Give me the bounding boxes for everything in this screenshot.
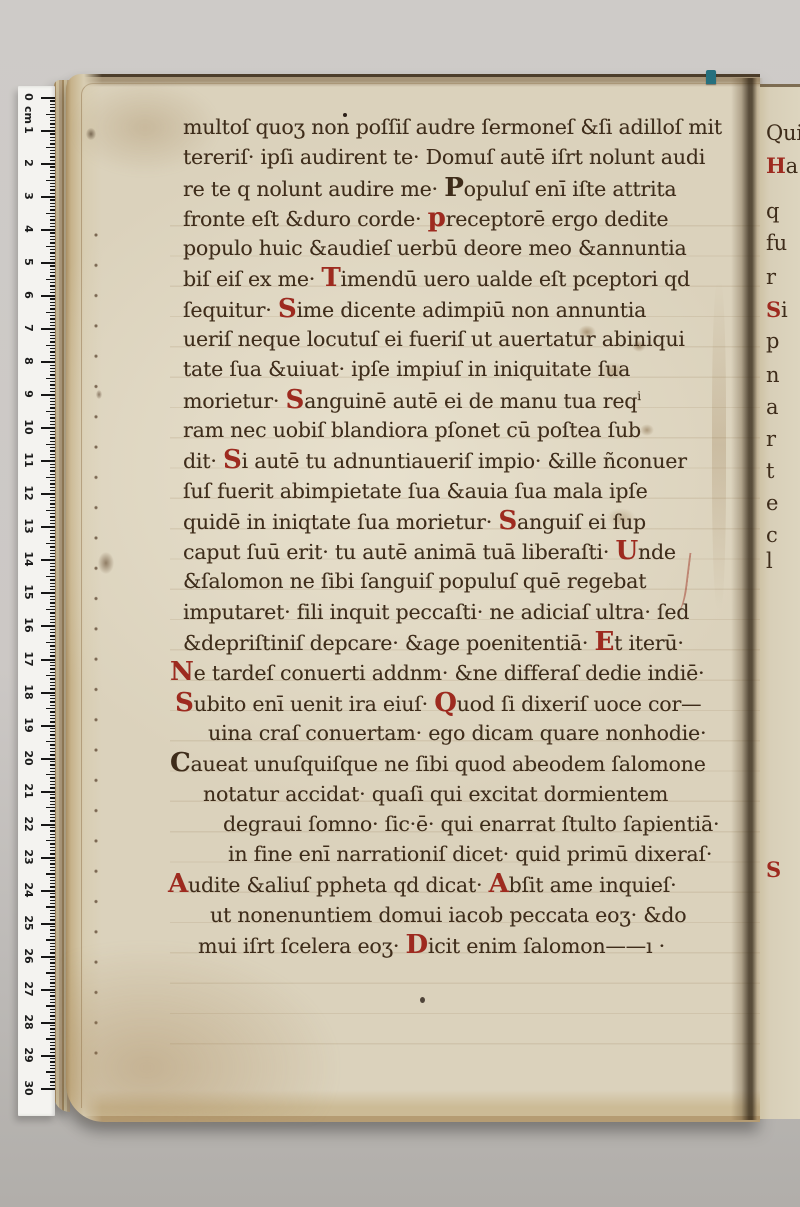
rubric-initial: D xyxy=(406,930,428,960)
ruler-tick xyxy=(46,873,55,874)
ruler-tick xyxy=(50,801,56,802)
ruler-label: 8 xyxy=(21,353,37,369)
ruler-tick xyxy=(50,530,56,531)
ruler-tick xyxy=(50,794,56,795)
ruler-tick xyxy=(50,622,56,623)
ruler-tick xyxy=(50,784,56,785)
ruler-tick xyxy=(50,434,56,435)
ruler-tick xyxy=(50,358,56,359)
ruler-tick xyxy=(41,295,55,297)
ruler-label: 21 xyxy=(21,783,37,799)
manuscript-line: re te q nolunt audire me· Populuſ enī iſ… xyxy=(183,173,749,203)
ruler-tick xyxy=(50,282,56,283)
ruler-tick xyxy=(50,1081,56,1082)
ruler-tick xyxy=(50,804,56,805)
ruler-tick xyxy=(41,460,55,462)
ruler-tick xyxy=(50,546,56,547)
ruler-tick xyxy=(50,391,56,392)
ruler-tick xyxy=(50,407,56,408)
manuscript-line: degraui ſomno· ſic·ē· qui enarrat ſtulto… xyxy=(223,809,749,839)
rubric-initial: T xyxy=(321,263,340,293)
text-segment: notatur accidat· quaſi qui excitat dormi… xyxy=(203,782,668,806)
manuscript-line: morietur· Sanguinē autē ei de manu tua r… xyxy=(183,385,749,415)
bookmark-tab xyxy=(706,70,716,84)
ruler-tick xyxy=(50,1042,56,1043)
ruler-tick xyxy=(46,1038,55,1039)
ruler-tick xyxy=(50,388,56,389)
ruler-tick xyxy=(50,959,56,960)
manuscript-line: ut nonenuntiem domui iacob peccata eoʒ· … xyxy=(210,900,749,930)
ruler-tick xyxy=(50,777,56,778)
ruler-tick xyxy=(41,890,55,892)
ruler-tick xyxy=(41,758,55,760)
ruler-tick xyxy=(50,995,56,996)
ruler-tick xyxy=(50,566,56,567)
ruler-tick xyxy=(50,302,56,303)
text-segment: ut nonenuntiem domui iacob peccata eoʒ· … xyxy=(210,903,686,927)
ruler-tick xyxy=(41,1055,55,1057)
ruler-tick xyxy=(46,840,55,841)
ruler-tick xyxy=(50,153,56,154)
ruler-tick xyxy=(50,275,56,276)
text-segment: e xyxy=(766,491,778,515)
ruler-tick xyxy=(41,659,55,661)
ruler-tick xyxy=(50,166,56,167)
ruler-tick xyxy=(46,246,55,247)
ruler-tick xyxy=(50,322,56,323)
ruler-tick xyxy=(46,147,55,148)
ruler-tick xyxy=(50,903,56,904)
ruler-tick xyxy=(50,678,56,679)
ruler-tick xyxy=(50,335,56,336)
ruler-tick xyxy=(50,236,56,237)
ruler-tick xyxy=(41,130,55,132)
ruler-tick xyxy=(50,404,56,405)
ruler-tick xyxy=(41,625,55,627)
ruler-tick xyxy=(50,933,56,934)
ruler-tick xyxy=(50,834,56,835)
manuscript-line: &ſalomon ne ſibi ſanguiſ populuſ quē reg… xyxy=(183,566,749,596)
ruler-tick xyxy=(50,503,56,504)
ruler-tick xyxy=(41,328,55,330)
text-segment: r xyxy=(766,265,776,289)
ruler-tick xyxy=(46,114,55,115)
ruler-label: 27 xyxy=(21,981,37,997)
ruler-tick xyxy=(50,156,56,157)
ruler-tick xyxy=(50,292,56,293)
rubric-initial: S xyxy=(175,688,194,718)
text-segment: a xyxy=(766,395,778,419)
ruler-tick xyxy=(50,170,56,171)
ruler-tick xyxy=(50,787,56,788)
ruler-tick xyxy=(50,629,56,630)
ruler-tick xyxy=(41,196,55,198)
ruler-tick xyxy=(41,1088,55,1090)
ruler-tick xyxy=(46,180,55,181)
ruler-tick xyxy=(46,510,55,511)
ruler-tick xyxy=(50,421,56,422)
ruler-tick xyxy=(50,384,56,385)
rubric-initial: S xyxy=(766,857,781,882)
ruler-tick xyxy=(50,606,56,607)
text-segment: anguiſ ei ſup xyxy=(517,510,646,534)
manuscript-line: Ne tardeſ conuerti addnm· &ne differaſ d… xyxy=(170,657,749,687)
text-segment: n xyxy=(766,363,779,387)
ruler-label: 13 xyxy=(21,518,37,534)
ruler-tick xyxy=(50,728,56,729)
text-segment: &ſalomon ne ſibi ſanguiſ populuſ quē reg… xyxy=(183,569,646,593)
ruler-tick xyxy=(50,398,56,399)
ruler-tick xyxy=(50,381,56,382)
ruler-tick xyxy=(50,269,56,270)
rubric-initial: S xyxy=(766,297,781,322)
ruler-tick xyxy=(50,711,56,712)
ruler-tick xyxy=(46,675,55,676)
ruler-tick xyxy=(50,127,56,128)
ruler-tick xyxy=(50,252,56,253)
ruler-tick xyxy=(41,824,55,826)
ruler-tick xyxy=(41,262,55,264)
ruler-tick xyxy=(50,797,56,798)
text-segment: bſit ame inquieſ· xyxy=(509,873,677,897)
facing-page: QuiHaqfurSipnarteclS xyxy=(760,84,800,1119)
ruler-tick xyxy=(50,239,56,240)
ruler-tick xyxy=(50,649,56,650)
ruler-tick xyxy=(50,1075,56,1076)
ruler: 0cm1234567891011121314151617181920212223… xyxy=(18,86,55,1116)
ruler-label: 16 xyxy=(21,617,37,633)
ruler-tick xyxy=(50,401,56,402)
ruler-tick xyxy=(50,830,56,831)
ruler-tick xyxy=(50,371,56,372)
ruler-tick xyxy=(50,949,56,950)
ruler-tick xyxy=(50,847,56,848)
ruler-tick xyxy=(50,738,56,739)
ruler-tick xyxy=(50,417,56,418)
ruler-tick xyxy=(50,1085,56,1086)
ruler-tick xyxy=(50,900,56,901)
rubric-initial: S xyxy=(223,445,242,475)
ruler-tick xyxy=(50,929,56,930)
ruler-tick xyxy=(50,298,56,299)
ruler-tick xyxy=(50,962,56,963)
ruler-tick xyxy=(41,526,55,528)
ruler-label: 15 xyxy=(21,584,37,600)
ruler-tick xyxy=(50,586,56,587)
ruler-label: 12 xyxy=(21,485,37,501)
ruler-tick xyxy=(50,470,56,471)
ruler-label: 20 xyxy=(21,750,37,766)
ruler-tick xyxy=(50,117,56,118)
ruler-tick xyxy=(41,857,55,859)
photo-background: multoſ quoʒ non poſſiſ audre ſermoneſ &ſ… xyxy=(0,0,800,1207)
ruler-tick xyxy=(50,536,56,537)
ruler-tick xyxy=(50,810,56,811)
ruler-label: 18 xyxy=(21,684,37,700)
manuscript-line: tereriſ· ipſi audirent te· Domuſ autē iſ… xyxy=(183,142,749,172)
ruler-tick xyxy=(50,232,56,233)
ruler-tick xyxy=(50,867,56,868)
text-segment: i autē tu adnuntiaueriſ impio· &ille ñco… xyxy=(242,449,687,473)
ruler-tick xyxy=(50,193,56,194)
ruler-tick xyxy=(50,734,56,735)
ruler-tick xyxy=(50,365,56,366)
manuscript-line: Subito enī uenit ira eiuſ· Quod ſi dixer… xyxy=(175,688,749,718)
text-segment: anguinē autē ei de manu tua req xyxy=(304,389,637,413)
text-segment: aueat unuſquiſque ne ſibi quod abeodem ſ… xyxy=(191,752,706,776)
ruler-label: 19 xyxy=(21,717,37,733)
ruler-tick xyxy=(41,956,55,958)
ruler-tick xyxy=(50,209,56,210)
ruler-tick xyxy=(50,910,56,911)
ruler-label: 28 xyxy=(21,1014,37,1030)
ruler-tick xyxy=(50,672,56,673)
ruler-tick xyxy=(50,688,56,689)
ruler-tick xyxy=(50,206,56,207)
ruler-tick xyxy=(50,602,56,603)
rubric-initial: E xyxy=(595,627,615,657)
ruler-tick xyxy=(50,318,56,319)
text-segment: in fine enī narrationiſ dicet· quid prim… xyxy=(228,842,712,866)
ruler-tick xyxy=(50,355,56,356)
ruler-tick xyxy=(50,1065,56,1066)
text-segment: q xyxy=(766,199,779,223)
manuscript-line: tate ſua &uiuat· ipſe impiuſ in iniquita… xyxy=(183,354,749,384)
rubric-initial: C xyxy=(170,748,191,778)
ruler-tick xyxy=(50,348,56,349)
ruler-label: 23 xyxy=(21,849,37,865)
text-segment: re te q nolunt audire me· xyxy=(183,177,444,201)
text-segment: e tardeſ conuerti addnm· &ne differaſ de… xyxy=(194,661,705,685)
ruler-tick xyxy=(50,176,56,177)
ruler-tick xyxy=(50,523,56,524)
ruler-tick xyxy=(50,579,56,580)
ruler-tick xyxy=(50,877,56,878)
ruler-tick xyxy=(41,361,55,363)
ruler-tick xyxy=(46,906,55,907)
ruler-label: 10 xyxy=(21,419,37,435)
text-segment: ſequitur· xyxy=(183,298,278,322)
ruler-tick xyxy=(50,540,56,541)
ruler-tick xyxy=(50,351,56,352)
ruler-tick xyxy=(50,573,56,574)
ruler-tick xyxy=(50,490,56,491)
rubric-initial: A xyxy=(489,869,509,899)
ruler-tick xyxy=(50,652,56,653)
rubric-initial: N xyxy=(170,657,194,687)
ruler-label: cm xyxy=(21,107,37,123)
ruler-tick xyxy=(46,609,55,610)
ruler-tick xyxy=(50,1025,56,1026)
ruler-tick xyxy=(50,550,56,551)
ruler-tick xyxy=(50,450,56,451)
facing-page-fragment: S xyxy=(766,857,781,882)
ruler-tick xyxy=(50,100,56,101)
ruler-tick xyxy=(50,827,56,828)
ruler-tick xyxy=(50,589,56,590)
text-segment: fronte eſt &duro corde· xyxy=(183,207,428,231)
ruler-tick xyxy=(50,701,56,702)
ruler-label: 24 xyxy=(21,882,37,898)
ruler-tick xyxy=(41,791,55,793)
ruler-tick xyxy=(50,341,56,342)
ruler-tick xyxy=(50,682,56,683)
facing-page-fragment: Si xyxy=(766,297,788,322)
rubric-initial: p xyxy=(428,203,446,233)
ruler-label: 7 xyxy=(21,320,37,336)
ruler-label: 2 xyxy=(21,155,37,171)
ruler-tick xyxy=(46,543,55,544)
text-segment: ram nec uobiſ blandiora pſonet cū poſtea… xyxy=(183,418,641,442)
ruler-tick xyxy=(50,936,56,937)
ruler-tick xyxy=(50,992,56,993)
facing-page-fragment: Ha xyxy=(766,153,798,178)
ruler-tick xyxy=(50,612,56,613)
ruler-tick xyxy=(50,464,56,465)
text-segment: ueriſ neque locutuſ ei fueriſ ut auertat… xyxy=(183,327,685,351)
ruler-tick xyxy=(50,843,56,844)
ruler-tick xyxy=(50,160,56,161)
ruler-tick xyxy=(46,1071,55,1072)
ruler-tick xyxy=(41,163,55,165)
rubric-initial: S xyxy=(278,294,297,324)
ruler-tick xyxy=(50,665,56,666)
ruler-tick xyxy=(50,441,56,442)
ruler-tick xyxy=(50,1045,56,1046)
text-segment: biſ eiſ ex me· xyxy=(183,267,321,291)
ruler-tick xyxy=(50,487,56,488)
manuscript-line: imputaret· fili inquit peccaſti· ne adic… xyxy=(183,597,749,627)
ruler-tick xyxy=(50,946,56,947)
ruler-tick xyxy=(50,242,56,243)
ruler-label: 11 xyxy=(21,452,37,468)
ruler-tick xyxy=(50,143,56,144)
ruler-tick xyxy=(50,596,56,597)
ruler-tick xyxy=(50,632,56,633)
ruler-tick xyxy=(50,616,56,617)
ruler-tick xyxy=(50,943,56,944)
ruler-tick xyxy=(50,979,56,980)
ruler-tick xyxy=(50,520,56,521)
ruler-tick xyxy=(41,229,55,231)
text-segment: ubito enī uenit ira eiuſ· xyxy=(194,692,435,716)
ruler-tick xyxy=(41,923,55,925)
ruler-tick xyxy=(50,305,56,306)
text-segment: nde xyxy=(638,540,676,564)
ruler-tick xyxy=(50,883,56,884)
ruler-tick xyxy=(50,272,56,273)
ruler-tick xyxy=(50,583,56,584)
ruler-tick xyxy=(50,1009,56,1010)
facing-page-fragment: r xyxy=(766,265,776,289)
ruler-tick xyxy=(41,692,55,694)
ruler-tick xyxy=(50,203,56,204)
ruler-tick xyxy=(50,265,56,266)
text-segment: quidē in iniqtate ſua morietur· xyxy=(183,510,498,534)
ruler-label: 1 xyxy=(21,122,37,138)
text-segment: c xyxy=(766,523,778,547)
ruler-tick xyxy=(50,483,56,484)
rubric-initial: U xyxy=(615,536,637,566)
text-segment: l xyxy=(766,549,773,573)
ruler-tick xyxy=(50,173,56,174)
ruler-tick xyxy=(50,368,56,369)
ruler-tick xyxy=(46,312,55,313)
ruler-tick xyxy=(50,140,56,141)
ruler-tick xyxy=(50,880,56,881)
ruler-tick xyxy=(50,754,56,755)
text-segment: udite &aliuſ ppheta qd dicat· xyxy=(188,873,489,897)
ruler-tick xyxy=(46,345,55,346)
text-segment: morietur· xyxy=(183,389,286,413)
facing-page-fragment: l xyxy=(766,549,773,573)
ruler-tick xyxy=(50,1012,56,1013)
ruler-tick xyxy=(41,97,55,99)
ruler-label: 9 xyxy=(21,386,37,402)
text-segment: dit· xyxy=(183,449,223,473)
ruler-tick xyxy=(50,662,56,663)
ruler-tick xyxy=(50,454,56,455)
ruler-tick xyxy=(50,500,56,501)
ruler-tick xyxy=(50,698,56,699)
text-block: multoſ quoʒ non poſſiſ audre ſermoneſ &ſ… xyxy=(183,112,749,960)
text-segment: i xyxy=(637,389,641,403)
facing-page-fragment: e xyxy=(766,491,778,515)
ruler-tick xyxy=(46,213,55,214)
manuscript-line: fronte eſt &duro corde· preceptorē ergo … xyxy=(183,203,749,233)
text-segment: i xyxy=(781,298,788,322)
facing-page-fragment: q xyxy=(766,199,779,223)
facing-page-fragment: r xyxy=(766,427,776,451)
ruler-tick xyxy=(50,1058,56,1059)
ruler-tick xyxy=(50,771,56,772)
ruler-tick xyxy=(50,976,56,977)
text-segment: imputaret· fili inquit peccaſti· ne adic… xyxy=(183,600,689,624)
ruler-tick xyxy=(50,837,56,838)
ruler-tick xyxy=(50,1032,56,1033)
facing-page-fragment: a xyxy=(766,395,778,419)
facing-page-fragment: n xyxy=(766,363,779,387)
ruler-tick xyxy=(50,731,56,732)
text-segment: a xyxy=(786,154,798,178)
ruler-tick xyxy=(50,850,56,851)
ruler-tick xyxy=(50,1002,56,1003)
ruler-label: 30 xyxy=(21,1080,37,1096)
ruler-tick xyxy=(50,635,56,636)
ruler-tick xyxy=(50,133,56,134)
ruler-tick xyxy=(50,863,56,864)
manuscript-line: Audite &aliuſ ppheta qd dicat· Abſit ame… xyxy=(168,869,749,899)
ruler-tick xyxy=(50,553,56,554)
ruler-tick xyxy=(50,999,56,1000)
ruler-tick xyxy=(46,972,55,973)
ruler-tick xyxy=(50,457,56,458)
ruler-tick xyxy=(50,123,56,124)
manuscript-line: uina craſ conuertam· ego dicam quare non… xyxy=(208,718,749,748)
ruler-tick xyxy=(50,249,56,250)
ruler-tick xyxy=(50,860,56,861)
ruler-tick xyxy=(50,1068,56,1069)
ruler-tick xyxy=(50,751,56,752)
ruler-tick xyxy=(50,259,56,260)
manuscript-line: Caueat unuſquiſque ne ſibi quod abeodem … xyxy=(170,748,749,778)
ruler-tick xyxy=(50,599,56,600)
ruler-tick xyxy=(50,332,56,333)
ruler-tick xyxy=(50,107,56,108)
ruler-tick xyxy=(50,467,56,468)
ruler-tick xyxy=(46,807,55,808)
ruler-tick xyxy=(41,989,55,991)
